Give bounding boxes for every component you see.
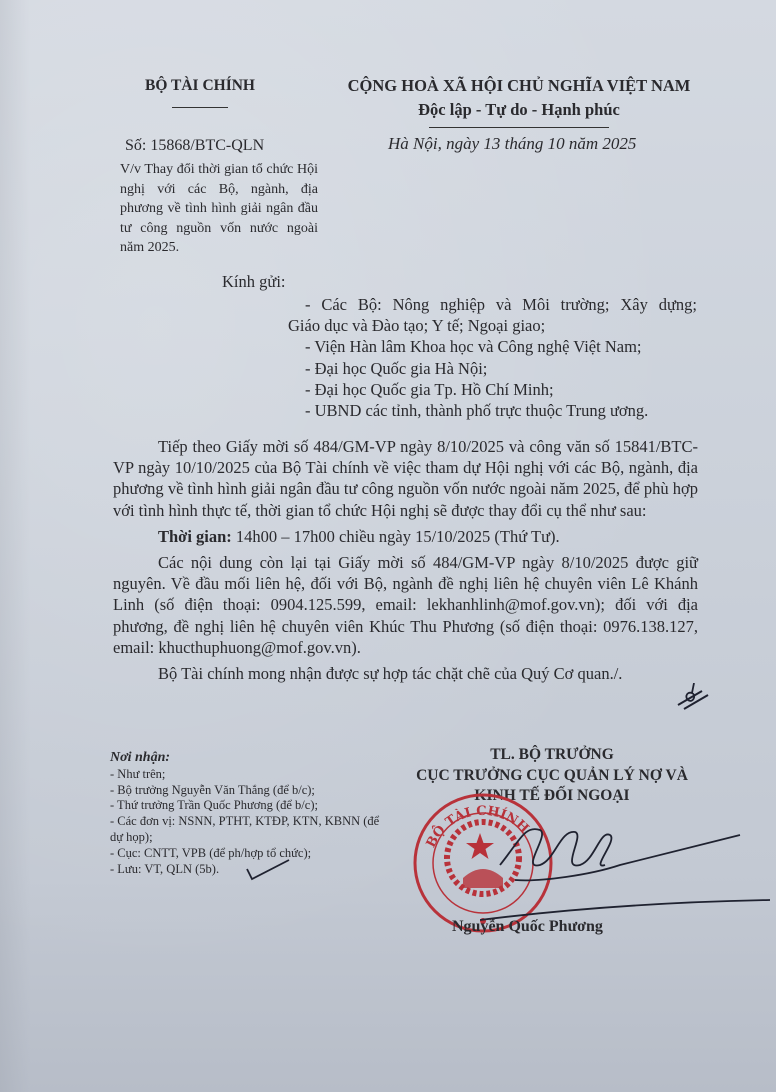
addressee-item: - Đại học Quốc gia Tp. Hồ Chí Minh; xyxy=(305,379,697,400)
addressee-item: - Viện Hàn lâm Khoa học và Công nghệ Việ… xyxy=(305,336,697,357)
check-mark-icon xyxy=(243,857,293,882)
recipient-item: - Như trên; xyxy=(110,767,380,783)
addressee-item: - Đại học Quốc gia Hà Nội; xyxy=(305,358,697,379)
body-paragraph: Tiếp theo Giấy mời số 484/GM-VP ngày 8/1… xyxy=(113,436,698,521)
addressee-item: - Các Bộ: Nông nghiệp và Môi trường; Xây… xyxy=(305,294,697,315)
meeting-time: Thời gian: 14h00 – 17h00 chiều ngày 15/1… xyxy=(113,526,698,547)
body-paragraph: Các nội dung còn lại tại Giấy mời số 484… xyxy=(113,552,698,658)
nation-title: CỘNG HOÀ XÃ HỘI CHỦ NGHĨA VIỆT NAM xyxy=(320,76,718,96)
place-date: Hà Nội, ngày 13 tháng 10 năm 2025 xyxy=(388,134,636,154)
document-number: Số: 15868/BTC-QLN xyxy=(125,137,264,155)
addressee-label: Kính gửi: xyxy=(222,272,286,292)
addressee-item: Giáo dục và Đào tạo; Y tế; Ngoại giao; xyxy=(288,315,697,336)
recipient-item: - Thứ trưởng Trần Quốc Phương (để b/c); xyxy=(110,798,380,814)
divider xyxy=(429,127,609,128)
motto: Độc lập - Tự do - Hạnh phúc xyxy=(320,100,718,120)
recipient-item: - Bộ trưởng Nguyễn Văn Thắng (để b/c); xyxy=(110,783,380,799)
divider xyxy=(172,107,228,108)
national-header: CỘNG HOÀ XÃ HỘI CHỦ NGHĨA VIỆT NAM Độc l… xyxy=(320,76,718,128)
initials-mark-icon xyxy=(672,683,712,713)
signer-authority: TL. BỘ TRƯỞNG xyxy=(402,745,702,766)
closing-paragraph: Bộ Tài chính mong nhận được sự hợp tác c… xyxy=(113,663,698,684)
recipients-title: Nơi nhận: xyxy=(110,750,380,766)
time-value: 14h00 – 17h00 chiều ngày 15/10/2025 (Thứ… xyxy=(232,527,560,546)
letter-body: Tiếp theo Giấy mời số 484/GM-VP ngày 8/1… xyxy=(113,436,698,684)
addressee-item: - UBND các tỉnh, thành phố trực thuộc Tr… xyxy=(305,400,697,421)
addressee-list: - Các Bộ: Nông nghiệp và Môi trường; Xây… xyxy=(305,294,697,421)
time-label: Thời gian: xyxy=(158,527,232,546)
subject-line: V/v Thay đổi thời gian tổ chức Hội nghị … xyxy=(120,160,318,258)
ministry-name: BỘ TÀI CHÍNH xyxy=(110,77,290,95)
signer-name: Nguyễn Quốc Phương xyxy=(452,918,603,936)
issuing-agency: BỘ TÀI CHÍNH xyxy=(110,77,290,108)
recipient-item: - Các đơn vị: NSNN, PTHT, KTĐP, KTN, KBN… xyxy=(110,814,380,846)
